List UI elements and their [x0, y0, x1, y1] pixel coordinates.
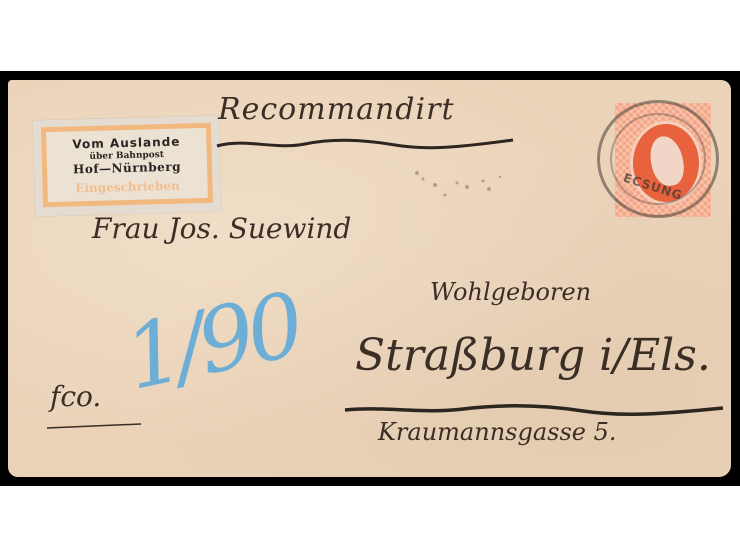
label-line-registered: Eingeschrieben	[47, 178, 207, 196]
franco-note: fco.	[50, 380, 101, 413]
street-address: Kraumannsgasse 5.	[378, 418, 617, 446]
label-line-railway: Hof—Nürnberg	[47, 159, 207, 177]
faint-backstamp-icon	[405, 165, 515, 205]
postmark-cancellation: ECSUNG	[597, 100, 719, 218]
addressee-title: Wohlgeboren	[430, 278, 591, 306]
franco-underline	[45, 420, 145, 432]
recommandirt-note: Recommandirt	[218, 92, 455, 127]
registration-label: Vom Auslande über Bahnpost Hof—Nürnberg …	[33, 116, 221, 217]
wavy-underline-recommandirt	[215, 136, 515, 152]
wavy-underline-city	[343, 402, 725, 418]
addressee-name: Frau Jos. Suewind	[92, 212, 351, 245]
destination-city: Straßburg i/Els.	[355, 330, 711, 381]
